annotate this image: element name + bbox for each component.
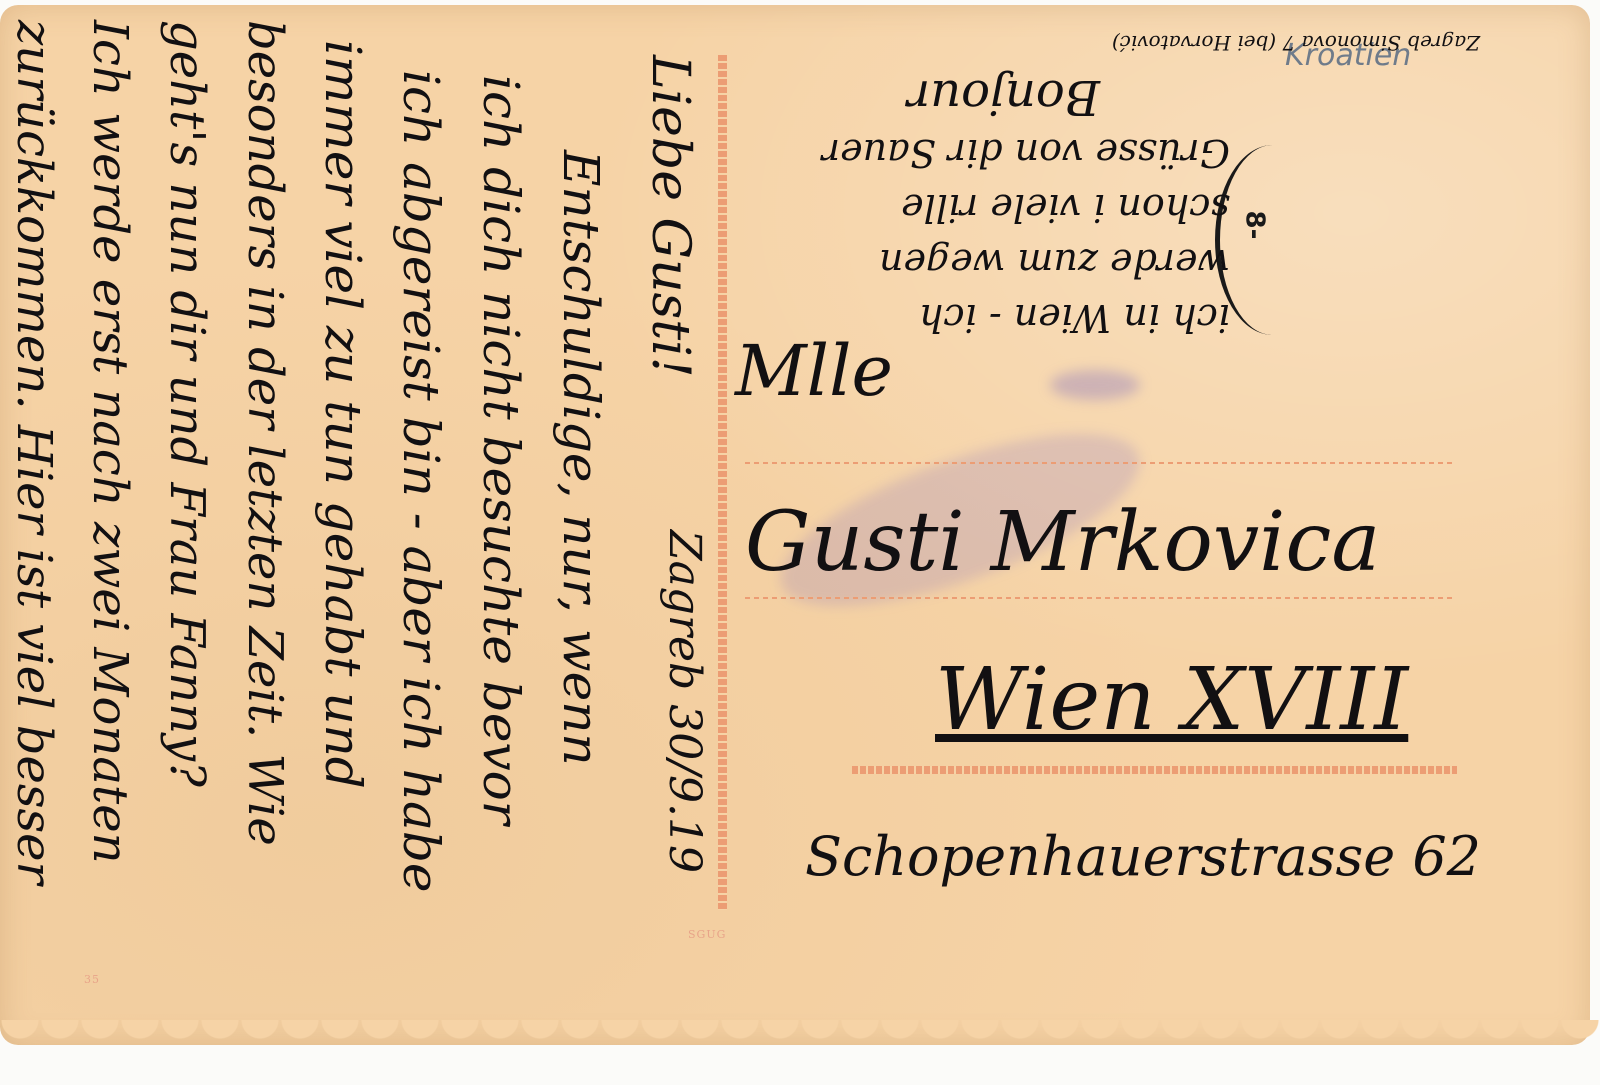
letter-line: immer viel zu tun gehabt und [314, 40, 372, 789]
postcard-divider [718, 55, 727, 910]
corner-mark: 35 [84, 973, 100, 986]
letter-line: Entschuldige, nur, wenn [552, 150, 610, 766]
postmark [1215, 145, 1330, 335]
address-line-3 [852, 766, 1457, 774]
postcard-edge [0, 1020, 1600, 1060]
letter-line: geht's nun dir und Frau Fanny? [159, 20, 215, 787]
address-street: Schopenhauerstrasse 62 [805, 825, 1481, 888]
place-date: Zagreb 30/9.19 [659, 530, 710, 873]
address-line-1 [745, 462, 1455, 464]
letter-greeting: Liebe Gusti! [640, 55, 700, 378]
address-salutation: Mlle [735, 330, 893, 412]
letter-line: zurückkommen. Hier ist viel besser [6, 20, 62, 884]
address-city: Wien XVIII [935, 650, 1408, 750]
letter-line: ich dich nicht besuchte bevor [472, 75, 530, 825]
postmark-text: 8- [1239, 211, 1269, 240]
address-name: Gusti Mrkovica [745, 495, 1380, 590]
letter-line: ich abgereist bin - aber ich habe [392, 70, 450, 892]
printer-mark: SGUG [688, 928, 726, 941]
letter-line: Ich werde erst nach zwei Monaten [82, 20, 138, 864]
ink-smudge [1050, 370, 1140, 400]
letter-line: besonders in der letzten Zeit. Wie [237, 20, 293, 846]
upside-down-note: ich in Wien - ich werde zum wegen schon … [730, 10, 1230, 340]
address-line-2 [745, 597, 1455, 599]
